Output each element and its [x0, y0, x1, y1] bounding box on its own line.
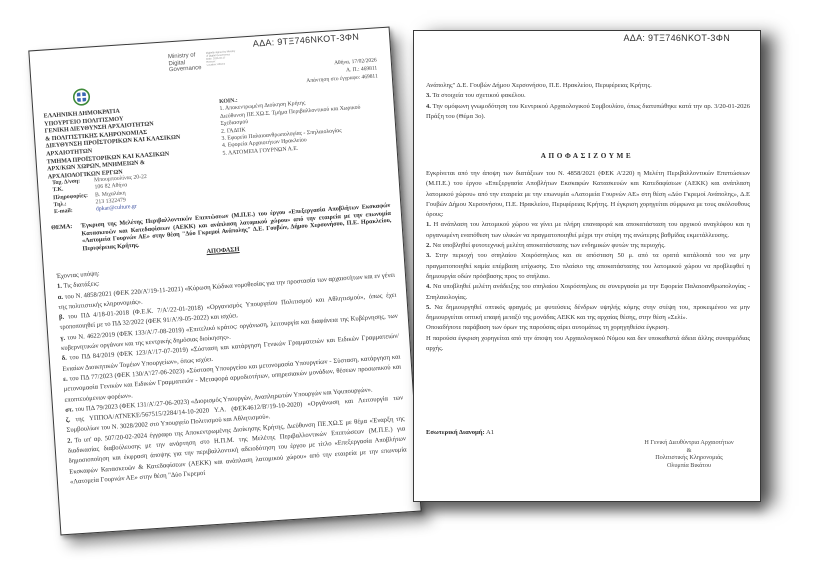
paragraph-lead: 5. — [426, 304, 431, 311]
issuing-organization: ΕΛΛΗΝΙΚΗ ΔΗΜΟΚΡΑΤΙΑ ΥΠΟΥΡΓΕΙΟ ΠΟΛΙΤΙΣΜΟΥ… — [44, 102, 218, 181]
signatory-title: Η Γενική Διευθύντρια Αρχαιοτήτων — [624, 439, 754, 447]
paragraph: 4. Την ομόφωνη γνωμοδότηση του Κεντρικού… — [426, 102, 750, 123]
digital-signature-details: Digitally signed by Ministry of Digital … — [206, 49, 247, 67]
internal-distribution-label: Εσωτερική Διανομή: — [426, 429, 485, 436]
subject-label: ΘΕΜΑ: — [51, 222, 83, 254]
email-link[interactable]: dpkar@culture.gr — [96, 204, 137, 214]
paragraph-lead: 3. — [426, 92, 431, 99]
signatory-name: Ολυμπία Βικάτου — [624, 462, 754, 470]
ada-code: ΑΔΑ: 9ΤΞ746ΝΚΟΤ-3ΦΝ — [252, 32, 359, 49]
paragraph-text: Έχοντας υπόψη: — [56, 270, 100, 280]
paragraph-text: Οποιαδήποτε παράβαση των όρων της παρούσ… — [426, 324, 669, 331]
paragraph-text: Η ανάπλαση του λατομικού χώρου να γίνει … — [426, 221, 750, 238]
paragraph-text: Την ομόφωνη γνωμοδότηση του Κεντρικού Αρ… — [426, 103, 750, 120]
term-item: 3. Στην περιοχή του σπηλαίου Χοιρόσπηλιο… — [426, 251, 750, 282]
contact-info: Ταχ. Δ/νση:Μπουμπουλίνας 20-22 Τ.Κ.106 8… — [52, 174, 149, 217]
internal-distribution-value: Α1 — [486, 429, 494, 436]
paragraph-text: Τα στοιχεία του σχετικού φακέλου. — [432, 92, 525, 99]
paragraph-text: Να υποβληθεί φυτοτεχνική μελέτη αποκατάσ… — [433, 242, 666, 249]
paragraph-lead: β. — [59, 314, 65, 321]
paragraph-lead: 3. — [426, 252, 431, 259]
paragraph-lead: ε. — [63, 376, 68, 383]
term-item: 5. Να δημιουργηθεί οπτικός φραγμός με φυ… — [426, 303, 750, 324]
paragraph: 3. Τα στοιχεία του σχετικού φακέλου. — [426, 91, 750, 101]
paragraph-text: Ανάπολης" Δ.Ε. Γουβών Δήμου Χερσονήσου, … — [426, 82, 652, 89]
stamp-line: Governance — [169, 65, 202, 74]
paragraph-lead: 2. — [426, 242, 431, 249]
signatory-title: Πολιτιστικής Κληρονομιάς — [624, 454, 754, 462]
paragraph-lead: στ. — [65, 406, 74, 414]
we-decide-heading: ΑΠΟΦΑΣΙΖΟΥΜΕ — [414, 152, 760, 160]
internal-distribution: Εσωτερική Διανομή: Α1 — [426, 429, 494, 436]
ada-code: ΑΔΑ: 9ΤΞ746ΝΚΟΤ-3ΦΝ — [624, 33, 731, 43]
paragraph-lead: α. — [57, 293, 63, 300]
considerations-continued: Ανάπολης" Δ.Ε. Γουβών Δήμου Χερσονήσου, … — [426, 81, 750, 122]
paragraph-lead: 1. — [426, 221, 431, 228]
decision-terms: Εγκρίνεται από την άποψη των διατάξεων τ… — [426, 169, 750, 354]
paragraph-lead: 4. — [426, 103, 431, 110]
signature-block: Η Γενική Διευθύντρια Αρχαιοτήτων & Πολιτ… — [624, 439, 754, 469]
paragraph-text: Η παρούσα έγκριση χορηγείται από την άπο… — [426, 335, 750, 352]
paragraph: Εγκρίνεται από την άποψη των διατάξεων τ… — [426, 169, 750, 220]
paragraph: Οποιαδήποτε παράβαση των όρων της παρούσ… — [426, 323, 750, 333]
term-item: 4. Να υποβληθεί μελέτη ανάδειξης του σπη… — [426, 282, 750, 303]
paragraph-lead: 4. — [426, 283, 431, 290]
paragraph-lead: ζ. — [66, 417, 71, 424]
paragraph-lead: γ. — [60, 335, 65, 342]
paragraph: Η παρούσα έγκριση χορηγείται από την άπο… — [426, 334, 750, 355]
date-block: Αθήνα, 17/02/2026 Α. Π.: 469811 Απάντηση… — [305, 56, 378, 85]
paragraph-lead: 1. — [57, 283, 62, 290]
paragraph-lead: 2. — [67, 437, 72, 444]
greek-coat-of-arms-icon — [72, 88, 91, 107]
term-item: 1. Η ανάπλαση του λατομικού χώρου να γίν… — [426, 220, 750, 241]
considerations: Έχοντας υπόψη: 1. Τις διατάξεις: α. του … — [56, 250, 408, 488]
paragraph-text: Τις διατάξεις: — [63, 281, 100, 290]
paragraph-text: Εγκρίνεται από την άποψη των διατάξεων τ… — [426, 170, 750, 218]
paragraph-text: Στην περιοχή του σπηλαίου Χοιρόσπηλιος κ… — [426, 252, 750, 280]
digital-signature-label: Ministry of Digital Governance — [168, 52, 202, 74]
paragraph-lead: δ. — [62, 355, 68, 362]
document-page-1: ΑΔΑ: 9ΤΞ746ΝΚΟΤ-3ΦΝ Ministry of Digital … — [28, 27, 421, 536]
paragraph-text: Να υποβληθεί μελέτη ανάδειξης του σπηλαί… — [426, 283, 750, 300]
contact-label: E-mail: — [54, 207, 96, 217]
term-item: 2. Να υποβληθεί φυτοτεχνική μελέτη αποκα… — [426, 241, 750, 251]
signatory-title: & — [624, 447, 754, 455]
paragraph-text: Να δημιουργηθεί οπτικός φραγμός με φυτεύ… — [426, 304, 750, 321]
document-page-2: ΑΔΑ: 9ΤΞ746ΝΚΟΤ-3ΦΝ Ανάπολης" Δ.Ε. Γουβώ… — [413, 30, 761, 502]
paragraph: Ανάπολης" Δ.Ε. Γουβών Δήμου Χερσονήσου, … — [426, 81, 750, 91]
recipients-list: ΚΟΙΝ.: 1. Αποκεντρωμένη Διοίκηση Κρήτης … — [219, 88, 383, 158]
